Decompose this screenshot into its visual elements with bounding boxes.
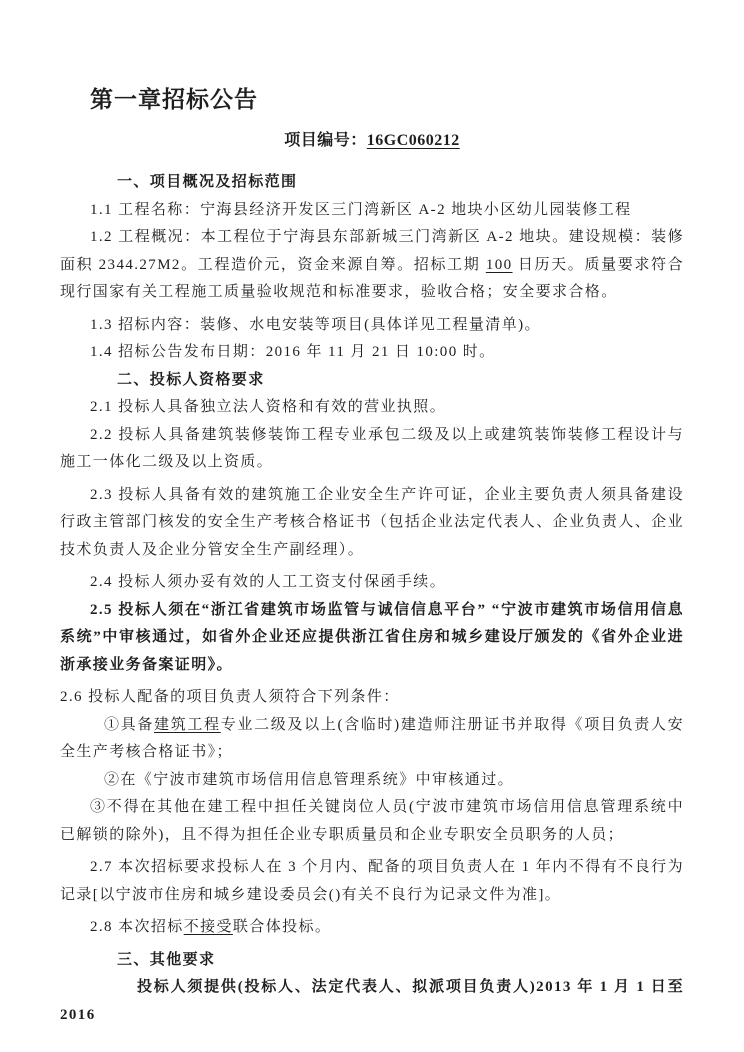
para-2-1: 2.1 投标人具备独立法人资格和有效的营业执照。: [60, 394, 684, 422]
para-2-3: 2.3 投标人具备有效的建筑施工企业安全生产许可证，企业主要负责人须具备建设行政…: [60, 482, 684, 565]
para-2-4: 2.4 投标人须办妥有效的人工工资支付保函手续。: [60, 569, 684, 597]
para-2-8-not-accept-underlined: 不接受: [184, 919, 233, 935]
para-2-6: 2.6 投标人配备的项目负责人须符合下列条件：: [60, 684, 684, 712]
section3-heading: 三、其他要求: [60, 947, 684, 975]
para-1-4: 1.4 招标公告发布日期：2016 年 11 月 21 日 10:00 时。: [60, 339, 684, 367]
para-1-2: 1.2 工程概况：本工程位于宁海县东部新城三门湾新区 A-2 地块。建设规模：装…: [60, 224, 684, 307]
document-body: 一、项目概况及招标范围 1.1 工程名称：宁海县经济开发区三门湾新区 A-2 地…: [60, 169, 684, 1029]
project-number-value: 16GC060212: [367, 132, 460, 149]
project-number-label: 项目编号：: [284, 132, 367, 149]
para-2-5: 2.5 投标人须在“浙江省建筑市场监管与诚信信息平台” “宁波市建筑市场信用信息…: [60, 597, 684, 680]
para-2-6-item-1: ①具备建筑工程专业二级及以上(含临时)建造师注册证书并取得《项目负责人安全生产考…: [60, 712, 684, 767]
project-number-line: 项目编号：16GC060212: [60, 130, 684, 152]
para-3-1: 投标人须提供(投标人、法定代表人、拟派项目负责人)2013 年 1 月 1 日至…: [60, 974, 684, 1029]
para-1-2-duration-underlined: 100: [486, 257, 513, 273]
para-2-8-text-post: 联合体投标。: [233, 919, 331, 935]
document-page: 第一章招标公告 项目编号：16GC060212 一、项目概况及招标范围 1.1 …: [0, 0, 744, 1052]
item-1-major-underlined: 建筑工程: [154, 717, 221, 733]
item-1-text-pre: ①具备: [104, 717, 154, 733]
para-2-6-item-3: ③不得在其他在建工程中担任关键岗位人员(宁波市建筑市场信用信息管理系统中已解锁的…: [60, 794, 684, 849]
para-2-7: 2.7 本次招标要求投标人在 3 个月内、配备的项目负责人在 1 年内不得有不良…: [60, 854, 684, 909]
section2-heading: 二、投标人资格要求: [60, 367, 684, 395]
para-1-1: 1.1 工程名称：宁海县经济开发区三门湾新区 A-2 地块小区幼儿园装修工程: [60, 197, 684, 225]
chapter-title: 第一章招标公告: [90, 86, 684, 114]
para-2-6-item-2: ②在《宁波市建筑市场信用信息管理系统》中审核通过。: [60, 767, 684, 795]
para-1-3: 1.3 招标内容：装修、水电安装等项目(具体详见工程量清单)。: [60, 312, 684, 340]
para-2-8: 2.8 本次招标不接受联合体投标。: [60, 914, 684, 942]
section1-heading: 一、项目概况及招标范围: [60, 169, 684, 197]
para-2-8-text-pre: 2.8 本次招标: [90, 919, 184, 935]
para-2-2: 2.2 投标人具备建筑装修装饰工程专业承包二级及以上或建筑装饰装修工程设计与施工…: [60, 422, 684, 477]
